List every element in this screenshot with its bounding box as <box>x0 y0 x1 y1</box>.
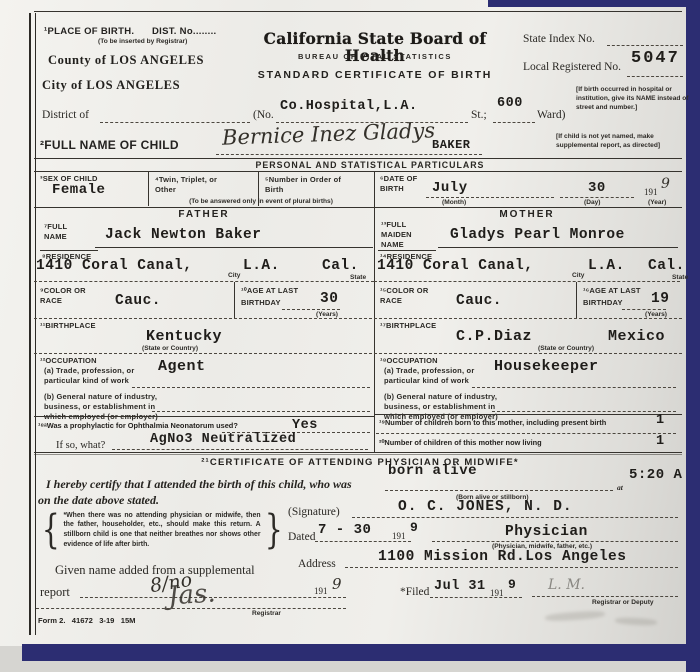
mother-occupation-a-label: (a) Trade, profession, or particular kin… <box>384 366 502 386</box>
order-of-birth-label: ⁵Number in Order of Birth <box>265 175 357 195</box>
mother-residence-leader <box>374 281 680 282</box>
dated-year-printed: 191 <box>392 531 406 542</box>
year-sublabel: (Year) <box>648 199 666 207</box>
father-city-sublabel: City <box>228 272 240 280</box>
filed-signature-handwritten: L. M. <box>548 578 585 592</box>
filed-year-printed: 191 <box>490 588 504 599</box>
mother-residence-state: Cal. <box>648 259 685 275</box>
particulars-top-rule <box>34 158 682 159</box>
mother-name-label: ¹³FULL MAIDEN NAME <box>381 220 425 249</box>
father-birthplace-label: ¹¹BIRTHPLACE <box>40 321 96 331</box>
father-residence-state: Cal. <box>322 259 359 275</box>
father-occupation-a-value: Agent <box>158 359 206 376</box>
brace-close: } <box>264 510 282 550</box>
children-born-leader <box>376 433 676 434</box>
dated-label: Dated <box>288 531 315 545</box>
registrar-or-deputy-label: Registrar or Deputy <box>592 599 654 607</box>
district-no-label: DIST. No........ <box>152 26 216 37</box>
father-name-label: ⁷FULL NAME <box>44 222 78 242</box>
scan-border-bottom <box>22 644 700 661</box>
mother-name-value: Gladys Pearl Monroe <box>450 228 625 244</box>
no-physician-note: *When there was no attending physician o… <box>63 511 260 550</box>
brace-open: { <box>42 510 60 550</box>
row-rule-3 <box>34 353 682 354</box>
city-line: City of LOS ANGELES <box>42 78 180 93</box>
filed-date-value: Jul 31 <box>434 580 486 595</box>
registrar-label: Registrar <box>252 610 281 618</box>
certify-line-1: I hereby certify that I attended the bir… <box>46 477 352 492</box>
signature-leader <box>352 517 678 518</box>
father-name-value: Jack Newton Baker <box>105 228 261 244</box>
birth-certificate-scan: ¹PLACE OF BIRTH. DIST. No........ (To be… <box>0 0 700 672</box>
children-living-label: ²⁰Number of children of this mother now … <box>379 438 542 447</box>
form-number-line: Form 2. 41672 3-19 15M <box>38 616 136 625</box>
dated-value: 7 - 30 <box>318 523 371 538</box>
role-leader <box>432 541 678 542</box>
registrar-line <box>36 608 346 609</box>
filed-year-handwritten: 9 <box>508 578 516 592</box>
address-value: 1100 Mission Rd.Los Angeles <box>378 550 626 566</box>
district-no-open: (No. <box>253 109 274 123</box>
father-residence-value: 1410 Coral Canal, <box>36 259 192 275</box>
mother-state-country-sublabel: (State or Country) <box>538 345 594 353</box>
role-value: Physician <box>505 525 588 541</box>
child-name-leader <box>216 154 482 155</box>
birth-month-value: July <box>432 181 468 196</box>
father-residence-leader <box>34 281 374 282</box>
state-index-label: State Index No. <box>523 33 595 47</box>
birth-year-handwritten: 9 <box>661 177 670 191</box>
district-label: District of <box>42 109 89 123</box>
state-index-blank <box>607 45 683 46</box>
father-birthplace-value: Kentucky <box>146 329 222 346</box>
mother-birthplace-value: C.P.Diaz <box>456 329 532 346</box>
mother-occupation-label: ¹⁸OCCUPATION <box>380 356 438 366</box>
row-rule-4-left <box>34 416 374 417</box>
filed-label: *Filed <box>400 586 429 600</box>
plural-births-note: (To be answered only in event of plural … <box>148 198 374 206</box>
father-residence-rule <box>40 250 98 251</box>
father-color-value: Cauc. <box>115 294 161 310</box>
filed-signature-leader <box>532 596 678 597</box>
mother-residence-city: L.A. <box>588 259 625 275</box>
address-leader <box>345 567 678 568</box>
father-color-age-divider <box>234 282 235 318</box>
certificate-title: STANDARD CERTIFICATE OF BIRTH <box>240 69 510 81</box>
child-name-label: ²FULL NAME OF CHILD <box>40 138 179 152</box>
form-left-double-rule <box>29 13 36 635</box>
form-top-rule <box>34 11 682 12</box>
local-registered-label: Local Registered No. <box>523 61 621 75</box>
father-state-country-sublabel: (State or Country) <box>142 345 198 353</box>
month-leader <box>426 197 554 198</box>
report-label: report <box>40 585 70 600</box>
local-registered-value: 5047 <box>631 50 680 69</box>
mother-color-value: Cauc. <box>456 294 502 310</box>
father-color-label: ⁹COLOR OR RACE <box>40 286 90 306</box>
mother-color-label: ¹⁵COLOR OR RACE <box>380 286 430 306</box>
place-of-birth-label: ¹PLACE OF BIRTH. <box>44 26 134 37</box>
mother-name-rule <box>438 247 678 248</box>
prophylactic-what-value: AgNo3 Neutralized <box>150 433 296 448</box>
child-naming-note: [If child is not yet named, make supplem… <box>556 133 692 151</box>
father-name-rule <box>95 247 373 248</box>
mother-occupation-b-label: (b) General nature of industry, business… <box>384 392 519 421</box>
children-born-label: ¹⁹Number of children born to this mother… <box>379 418 606 427</box>
registrar-signature-handwritten: Jas. <box>167 580 216 609</box>
table-bottom-rule-2 <box>34 454 682 455</box>
particulars-title: PERSONAL AND STATISTICAL PARTICULARS <box>220 160 520 170</box>
report-year-handwritten: 9 <box>332 577 342 592</box>
at-label: at <box>617 483 623 492</box>
physician-section-title: ²¹CERTIFICATE OF ATTENDING PHYSICIAN OR … <box>110 457 610 468</box>
father-age-leader <box>282 309 340 310</box>
what-leader <box>112 449 368 450</box>
signature-label: (Signature) <box>288 506 340 520</box>
particulars-bottom-rule <box>34 171 682 172</box>
mother-occ-a-leader <box>472 387 676 388</box>
mother-color-age-divider <box>576 282 577 318</box>
mother-occ-b-leader <box>492 411 676 412</box>
ward-label: Ward) <box>537 109 565 123</box>
child-surname-typed: BAKER <box>432 139 471 152</box>
born-alive-leader <box>385 490 613 491</box>
father-age-value: 30 <box>320 292 338 308</box>
district-leader <box>100 122 250 123</box>
father-residence-city: L.A. <box>243 259 280 275</box>
birth-time-value: 5:20 A <box>629 468 682 483</box>
physician-signature-value: O. C. JONES, N. D. <box>398 500 573 516</box>
father-age-label: ¹⁰AGE AT LAST <box>241 286 298 296</box>
birth-day-value: 30 <box>588 181 606 196</box>
row-rule-1 <box>34 207 682 208</box>
no-physician-note-block: { *When there was no attending physician… <box>38 510 286 550</box>
if-so-what-label: If so, what? <box>56 440 105 453</box>
children-living-value: 1 <box>656 435 665 450</box>
father-section-title: FATHER <box>34 209 374 220</box>
street-leader <box>493 122 535 123</box>
month-sublabel: (Month) <box>442 199 466 207</box>
prophylactic-label: ¹⁸ᵃWas a prophylactic for Ophthalmia Neo… <box>38 421 238 430</box>
mother-birthplace-label: ¹⁷BIRTHPLACE <box>380 321 436 331</box>
sex-value: Female <box>52 183 105 198</box>
row-rule-4-right <box>374 414 682 415</box>
mother-age-leader <box>622 309 666 310</box>
born-alive-value: born alive <box>388 464 477 479</box>
row-rule-2 <box>34 318 682 319</box>
hospital-note: [If birth occurred in hospital or instit… <box>576 86 692 113</box>
day-sublabel: (Day) <box>584 199 601 207</box>
mother-age-label2: BIRTHDAY <box>583 298 623 308</box>
mother-occupation-a-value: Housekeeper <box>494 359 599 376</box>
mother-age-value: 19 <box>651 292 669 308</box>
mother-section-title: MOTHER <box>374 209 680 220</box>
filed-leader <box>430 597 522 598</box>
hospital-value: Co.Hospital,L.A. <box>280 100 418 115</box>
father-age-label2: BIRTHDAY <box>241 298 281 308</box>
dated-year-handwritten: 9 <box>410 521 418 535</box>
county-line: County of LOS ANGELES <box>48 53 204 68</box>
table-bottom-rule <box>34 452 682 453</box>
report-year-printed: 191 <box>314 586 328 597</box>
mother-residence-rule <box>378 250 436 251</box>
father-occ-a-leader <box>132 387 370 388</box>
father-occ-b-leader <box>152 411 370 412</box>
street-label: St.; <box>471 109 487 123</box>
birth-year-printed: 191 <box>644 187 658 198</box>
street-number-value: 600 <box>497 97 523 112</box>
father-occupation-label: ¹²OCCUPATION <box>40 356 97 366</box>
scan-border-top-right <box>488 0 700 7</box>
local-registered-blank <box>627 76 683 77</box>
twin-label: ⁴Twin, Triplet, or Other <box>155 175 237 195</box>
date-of-birth-label: ⁶DATE OF BIRTH <box>380 174 428 194</box>
father-occupation-a-label: (a) Trade, profession, or particular kin… <box>44 366 162 386</box>
mother-residence-value: 1410 Coral Canal, <box>377 259 533 275</box>
mother-city-sublabel: City <box>572 272 584 280</box>
registrar-insert-note: (To be inserted by Registrar) <box>98 38 187 46</box>
certify-line-2: on the date above stated. <box>38 493 159 508</box>
mother-age-label: ¹⁶AGE AT LAST <box>583 286 641 296</box>
children-born-value: 1 <box>656 414 665 429</box>
day-leader <box>560 197 634 198</box>
address-label: Address <box>298 558 336 572</box>
mother-birthplace-country: Mexico <box>608 329 665 346</box>
bureau-line: BUREAU OF VITAL STATISTICS <box>250 52 500 62</box>
